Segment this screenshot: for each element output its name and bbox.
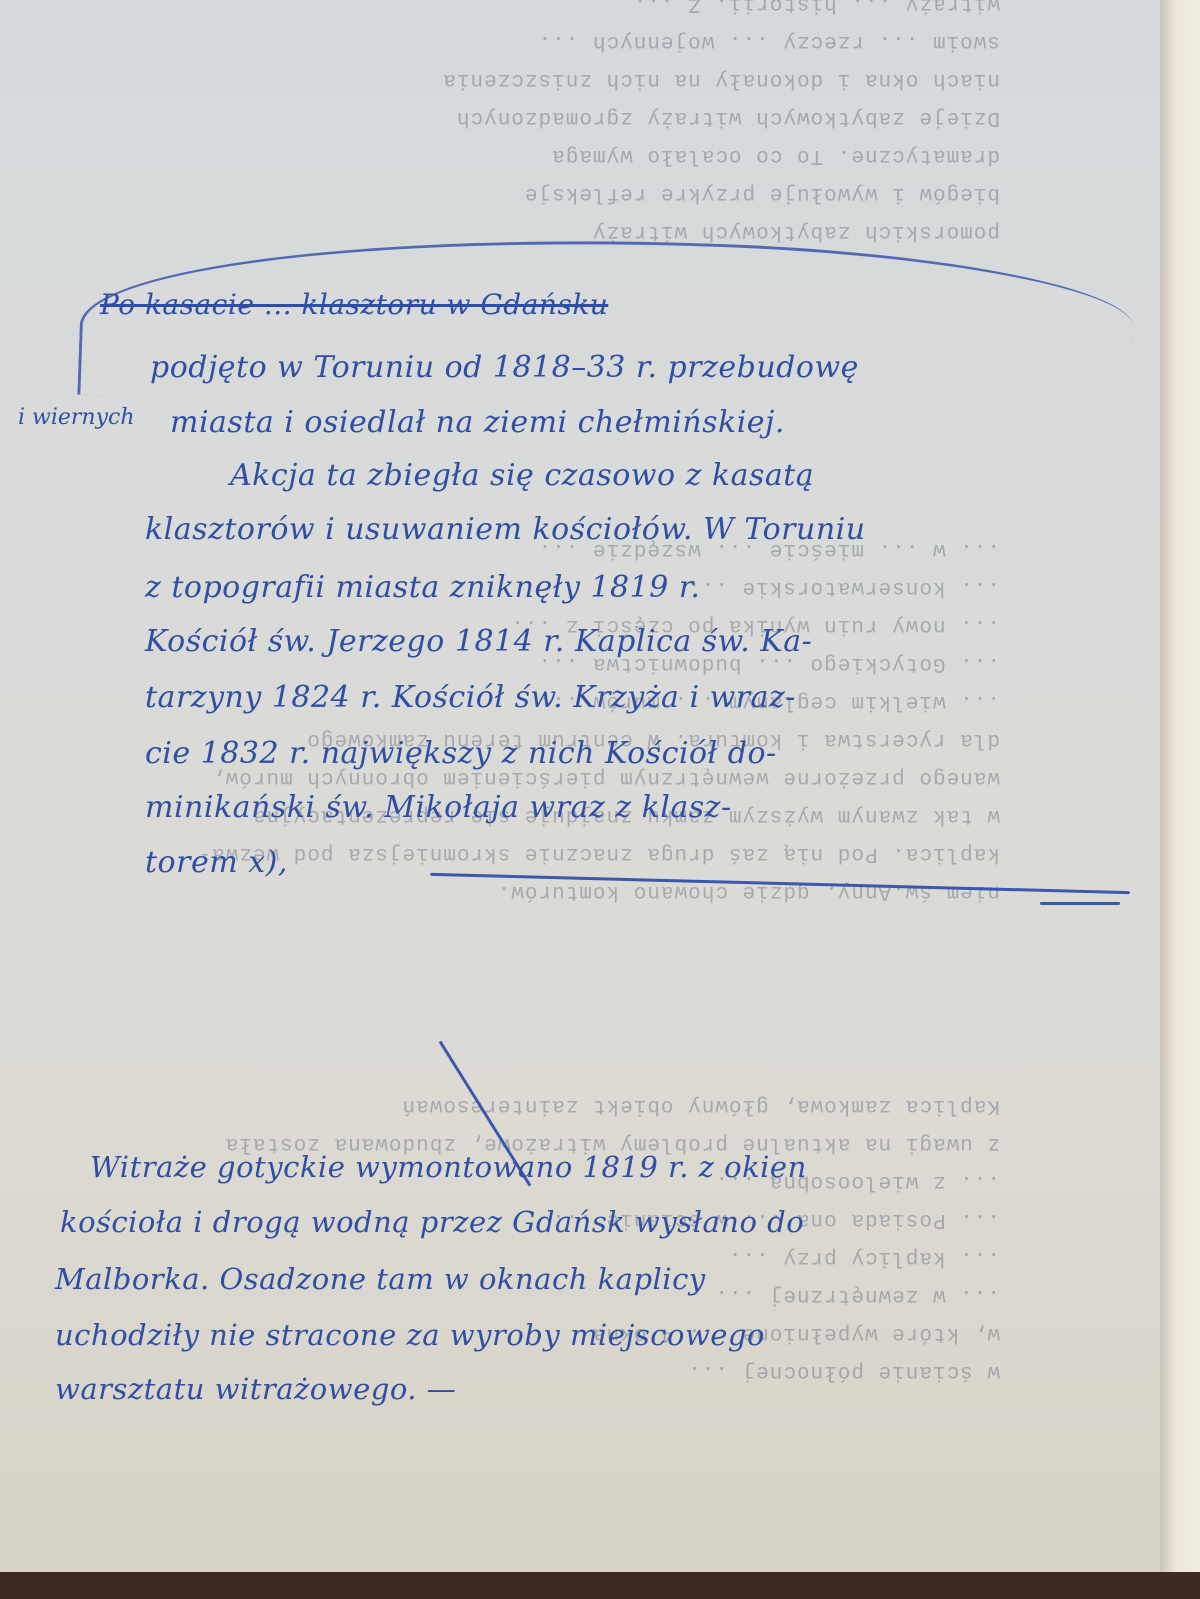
handwritten-line-4: klasztorów i usuwaniem kościołów. W Toru…	[145, 512, 866, 547]
handwritten-heading-struck: Po kasacie ... klasztoru w Gdańsku	[100, 288, 608, 321]
handwritten-line-6: Kościół św. Jerzego 1814 r. Kaplica św. …	[145, 624, 812, 659]
handwritten-line-5: z topografii miasta zniknęły 1819 r.	[145, 570, 700, 605]
handwritten-line-7: tarzyny 1824 r. Kościół św. Krzyża i wra…	[145, 680, 796, 715]
handwritten-line-1: podjęto w Toruniu od 1818–33 r. przebudo…	[150, 350, 859, 385]
handwritten-line-9: minikański św. Mikołaja wraz z klasz-	[145, 790, 732, 825]
handwritten-dash-stroke	[1040, 902, 1120, 905]
typed-text-block-top: pomorskich zabytkowych witraży biegów i …	[40, 0, 1000, 250]
handwritten-bottom-line-3: Malborka. Osadzone tam w oknach kaplicy	[55, 1262, 706, 1296]
handwritten-bottom-line-1: Witraże gotyckie wymontowano 1819 r. z o…	[90, 1150, 807, 1184]
handwritten-bottom-line-2: kościoła i drogą wodną przez Gdańsk wysł…	[60, 1205, 804, 1239]
handwritten-bottom-line-4: uchodziły nie stracone za wyroby miejsco…	[55, 1318, 765, 1352]
handwritten-line-8: cie 1832 r. największy z nich Kościół do…	[145, 736, 777, 771]
handwritten-line-10: torem x),	[145, 845, 288, 880]
desk-surface	[0, 1572, 1200, 1599]
handwritten-margin-note: i wiernych	[18, 405, 135, 430]
page-edge	[1160, 0, 1200, 1575]
handwritten-bottom-line-5: warsztatu witrażowego. —	[55, 1372, 456, 1406]
handwritten-line-2: miasta i osiedlał na ziemi chełmińskiej.	[170, 405, 785, 440]
handwritten-line-3: Akcja ta zbiegła się czasowo z kasatą	[230, 458, 814, 493]
